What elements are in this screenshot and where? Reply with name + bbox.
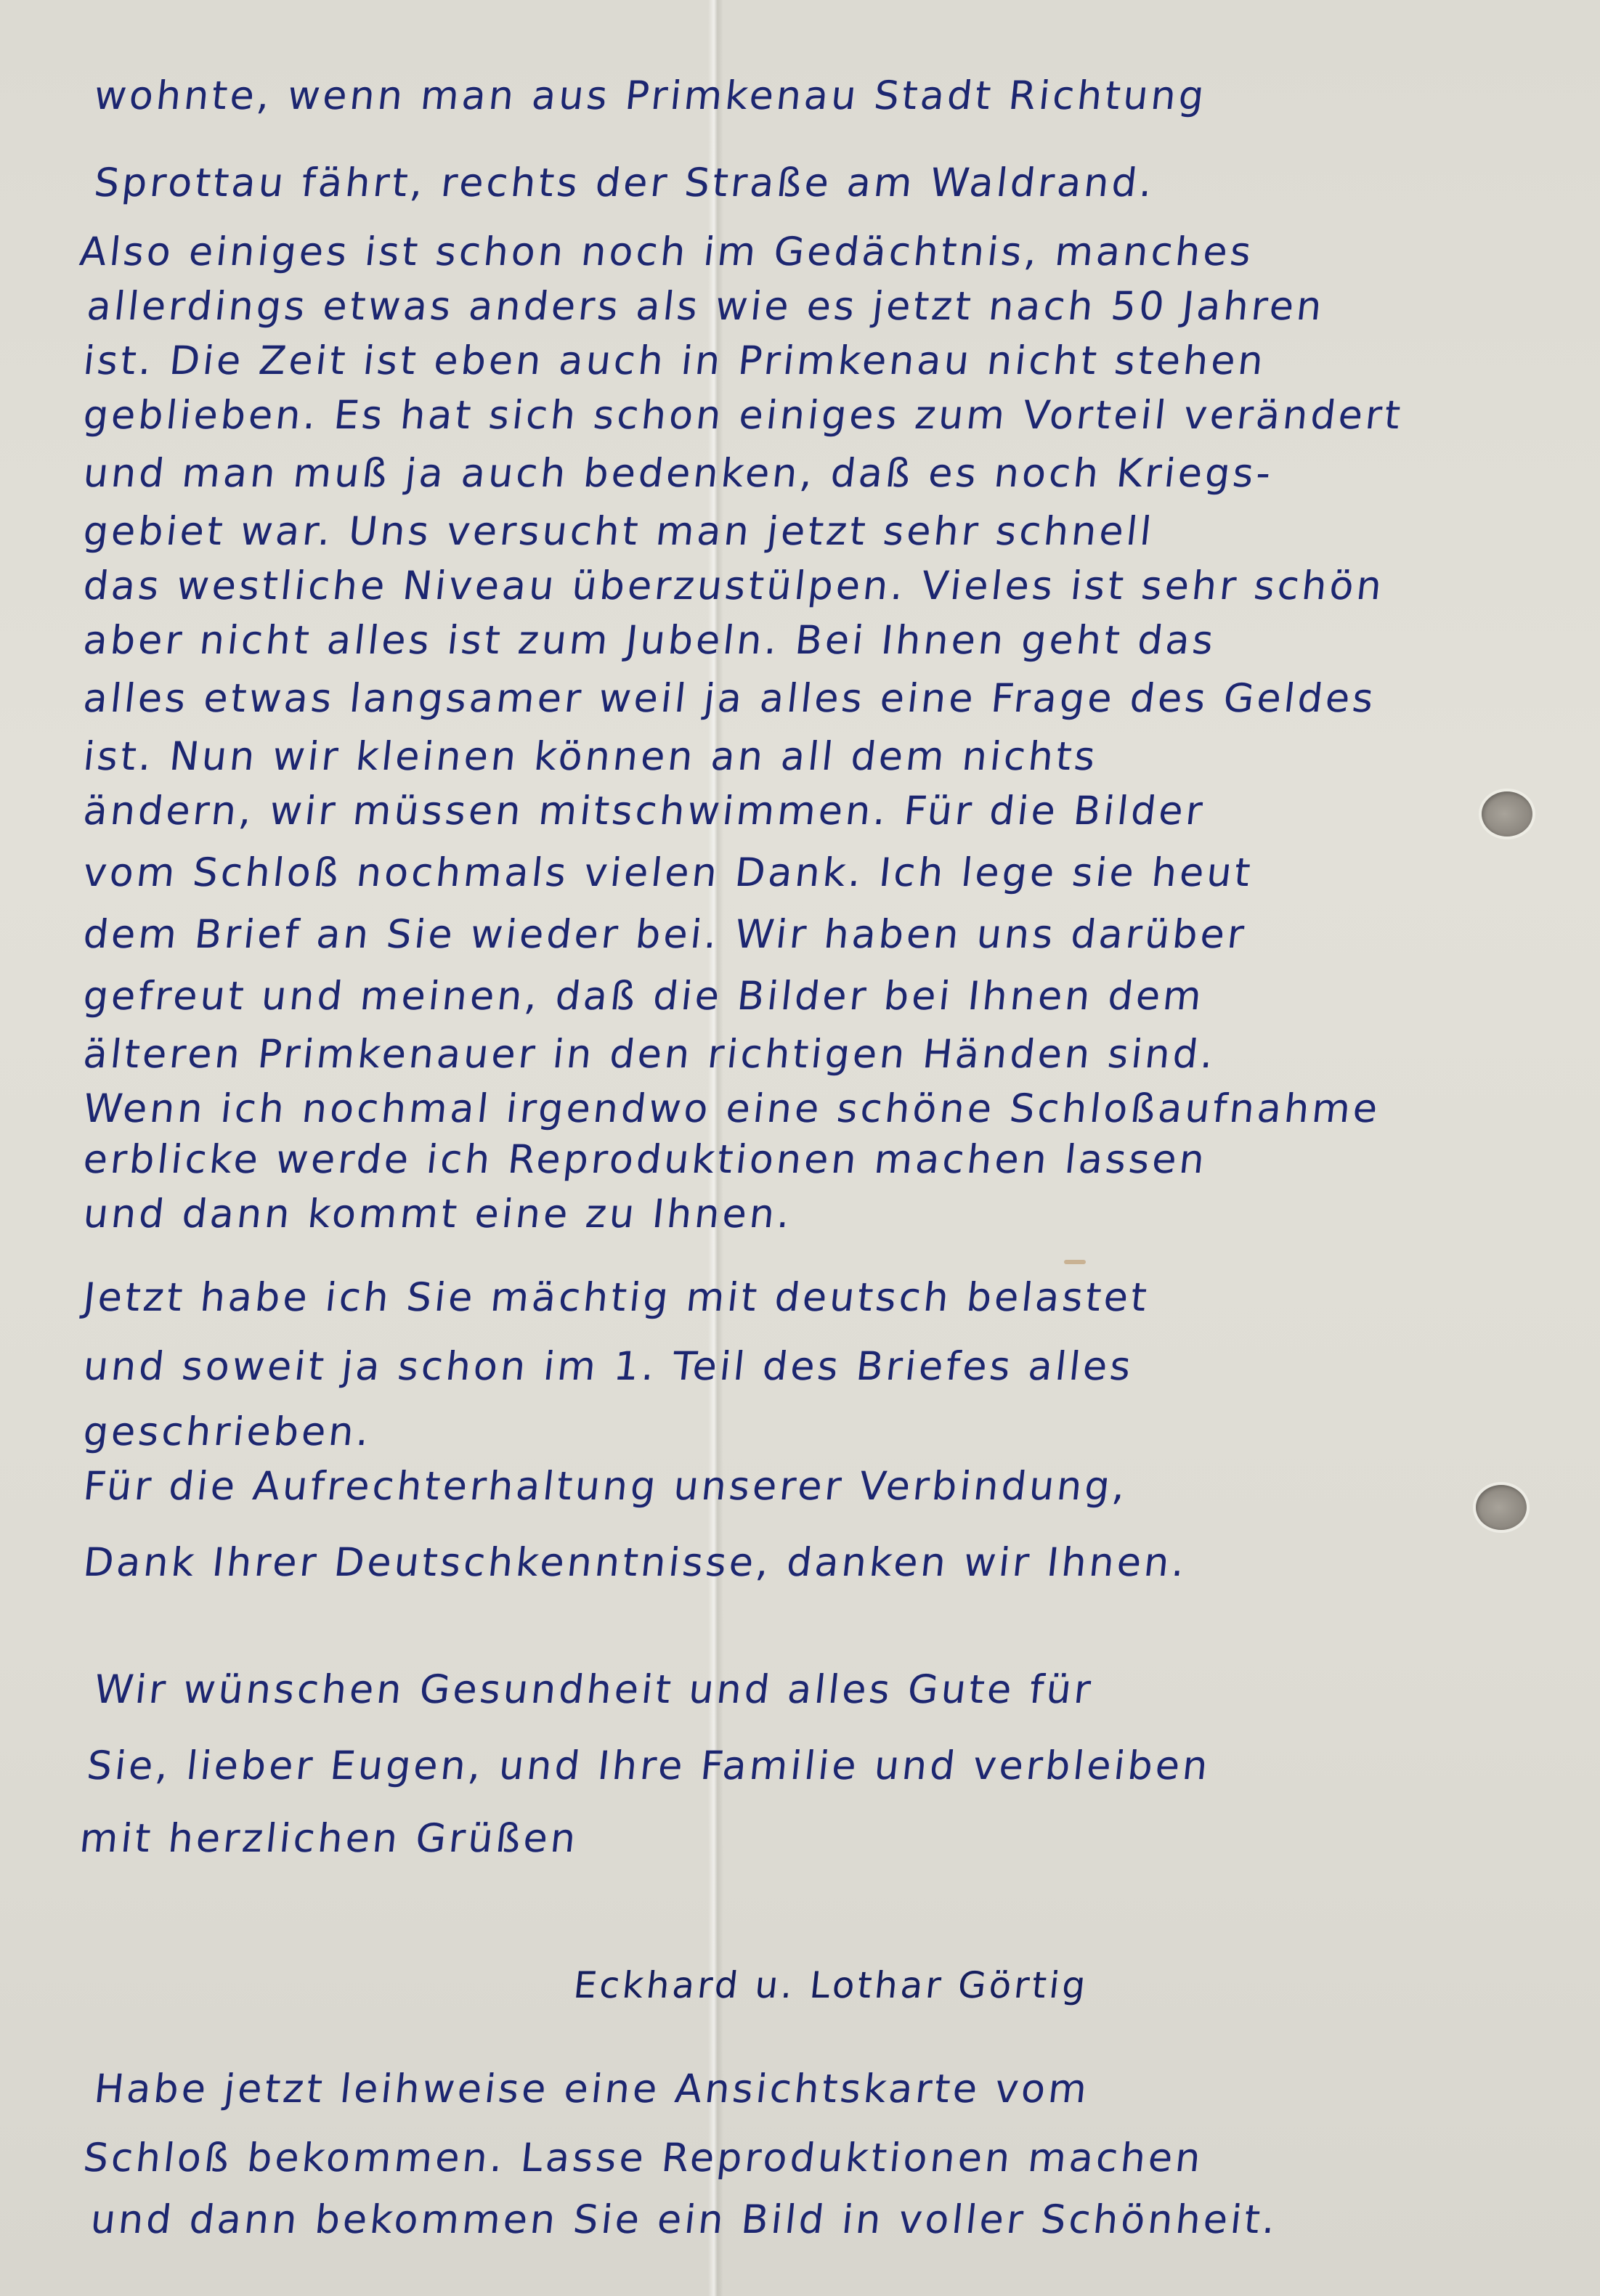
letter-line: Wenn ich nochmal irgendwo eine schöne Sc…	[81, 1089, 1382, 1128]
postscript-line: Habe jetzt leihweise eine Ansichtskarte …	[92, 2069, 1092, 2109]
letter-line: Sprottau fährt, rechts der Straße am Wal…	[92, 163, 1157, 203]
punch-hole	[1482, 791, 1532, 836]
letter-line: gebiet war. Uns versucht man jetzt sehr …	[81, 512, 1156, 551]
letter-line: älteren Primkenauer in den richtigen Hän…	[81, 1035, 1218, 1074]
letter-line: geschrieben.	[81, 1412, 374, 1452]
letter-line: Dank Ihrer Deutschkenntnisse, danken wir…	[81, 1543, 1189, 1582]
postscript-line: und dann bekommen Sie ein Bild in voller…	[89, 2200, 1280, 2239]
letter-line: und dann kommt eine zu Ihnen.	[81, 1194, 795, 1234]
punch-hole	[1476, 1485, 1527, 1530]
letter-line: ist. Die Zeit ist eben auch in Primkenau…	[81, 341, 1268, 380]
letter-line: vom Schloß nochmals vielen Dank. Ich leg…	[81, 853, 1255, 892]
letter-page: wohnte, wenn man aus Primkenau Stadt Ric…	[0, 0, 1600, 2296]
letter-line: und man muß ja auch bedenken, daß es noc…	[81, 454, 1275, 493]
paper-stain	[1064, 1260, 1086, 1264]
letter-line: alles etwas langsamer weil ja alles eine…	[81, 679, 1378, 718]
letter-line: Jetzt habe ich Sie mächtig mit deutsch b…	[81, 1278, 1151, 1317]
letter-line: aber nicht alles ist zum Jubeln. Bei Ihn…	[81, 621, 1218, 660]
letter-line: Für die Aufrechterhaltung unserer Verbin…	[81, 1467, 1130, 1506]
letter-line: dem Brief an Sie wieder bei. Wir haben u…	[81, 915, 1248, 954]
letter-line: das westliche Niveau überzustülpen. Viel…	[81, 566, 1386, 606]
letter-line: mit herzlichen Grüßen	[78, 1819, 580, 1858]
letter-line: Wir wünschen Gesundheit und alles Gute f…	[92, 1670, 1095, 1709]
letter-line: und soweit ja schon im 1. Teil des Brief…	[81, 1347, 1135, 1386]
letter-line: allerdings etwas anders als wie es jetzt…	[85, 287, 1326, 326]
letter-line: erblicke werde ich Reproduktionen machen…	[81, 1140, 1209, 1179]
letter-line: ändern, wir müssen mitschwimmen. Für die…	[81, 791, 1207, 831]
letter-line: wohnte, wenn man aus Primkenau Stadt Ric…	[92, 76, 1209, 115]
letter-line: Also einiges ist schon noch im Gedächtni…	[78, 232, 1256, 272]
letter-line: Sie, lieber Eugen, und Ihre Familie und …	[85, 1746, 1212, 1786]
letter-line: gefreut und meinen, daß die Bilder bei I…	[81, 977, 1206, 1016]
letter-line: ist. Nun wir kleinen können an all dem n…	[81, 737, 1100, 776]
postscript-line: Schloß bekommen. Lasse Reproduktionen ma…	[81, 2138, 1205, 2178]
letter-line: geblieben. Es hat sich schon einiges zum…	[81, 396, 1405, 435]
signature: Eckhard u. Lothar Görtig	[572, 1964, 1090, 2006]
